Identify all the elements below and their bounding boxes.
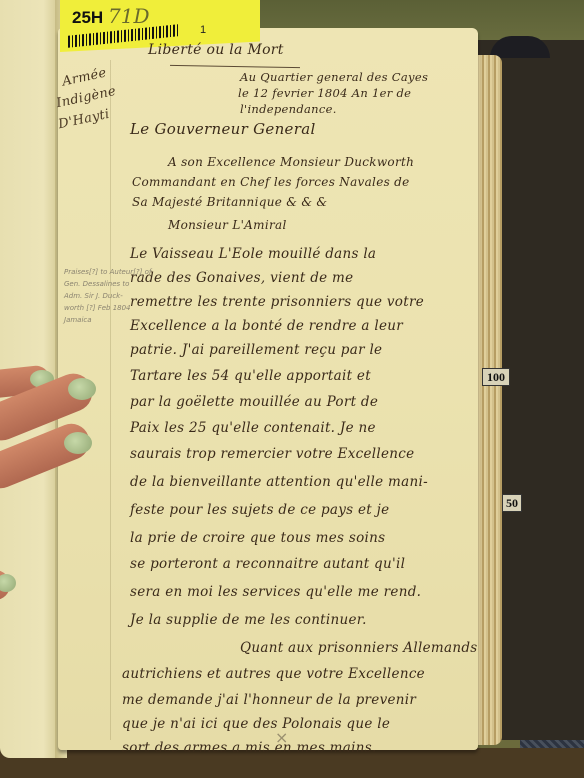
body-line: autrichiens et autres que votre Excellen… bbox=[122, 666, 425, 682]
body-line: de la bienveillante attention qu'elle ma… bbox=[130, 474, 428, 490]
body-line: que je n'ai ici que des Polonais que le bbox=[122, 716, 390, 732]
body-line: Tartare les 54 qu'elle apportait et bbox=[130, 368, 371, 384]
addressee-line: A son Excellence Monsieur Duckworth bbox=[168, 155, 414, 169]
box-strap bbox=[490, 36, 550, 58]
salutation: Monsieur L'Amiral bbox=[168, 218, 287, 232]
addressee-line: Commandant en Chef les forces Navales de bbox=[132, 175, 410, 189]
body-line: Je la supplie de me les continuer. bbox=[130, 612, 367, 628]
addressee-line: Sa Majesté Britannique & & & bbox=[132, 195, 327, 209]
dateline: l'independance. bbox=[240, 102, 337, 116]
fingernail bbox=[68, 378, 96, 400]
body-line: saurais trop remercier votre Excellence bbox=[130, 446, 414, 462]
edge-tab-50[interactable]: 50 bbox=[502, 494, 522, 512]
dateline: Au Quartier general des Cayes bbox=[240, 70, 428, 84]
body-line: feste pour les sujets de ce pays et je bbox=[130, 502, 389, 518]
catalog-code: 25H bbox=[72, 8, 103, 28]
body-line: Quant aux prisonniers Allemands bbox=[240, 640, 478, 656]
pencil-note-line: worth [?] Feb 1804 bbox=[64, 304, 131, 312]
body-line: par la goëlette mouillée au Port de bbox=[130, 394, 378, 410]
motto: Liberté ou la Mort bbox=[148, 42, 284, 58]
footer-mark: × bbox=[275, 728, 288, 747]
body-line: me demande j'ai l'honneur de la prevenir bbox=[122, 692, 416, 708]
body-line: patrie. J'ai pareillement reçu par le bbox=[130, 342, 382, 358]
pencil-note-line: Gen. Dessalines to bbox=[64, 280, 129, 288]
body-line: se porteront a reconnaitre autant qu'il bbox=[130, 556, 405, 572]
body-line: Paix les 25 qu'elle contenait. Je ne bbox=[130, 420, 376, 436]
pencil-note-line: Jamaica bbox=[64, 316, 92, 324]
edge-tab-100[interactable]: 100 bbox=[482, 368, 510, 386]
body-line: remettre les trente prisonniers que votr… bbox=[130, 294, 424, 310]
body-line: rade des Gonaives, vient de me bbox=[130, 270, 353, 286]
catalog-page-marker: 1 bbox=[200, 24, 206, 36]
body-line: Le Vaisseau L'Eole mouillé dans la bbox=[130, 246, 376, 262]
sender: Le Gouverneur General bbox=[130, 120, 316, 138]
fingernail bbox=[64, 432, 92, 454]
body-line: la prie de croire que tous mes soins bbox=[130, 530, 385, 546]
dateline: le 12 fevrier 1804 An 1er de bbox=[238, 86, 411, 100]
margin-rule bbox=[110, 60, 111, 740]
page-edges bbox=[474, 55, 502, 745]
body-line: sera en moi les services qu'elle me rend… bbox=[130, 584, 421, 600]
catalog-handwritten: 71D bbox=[108, 4, 149, 28]
body-line: Excellence a la bonté de rendre a leur bbox=[130, 318, 403, 334]
pencil-note-line: Praises[?] to Auteur[?] of bbox=[64, 268, 151, 276]
body-line: sort des armes a mis en mes mains. bbox=[122, 740, 377, 756]
pencil-note-line: Adm. Sir J. Duck- bbox=[64, 292, 123, 300]
